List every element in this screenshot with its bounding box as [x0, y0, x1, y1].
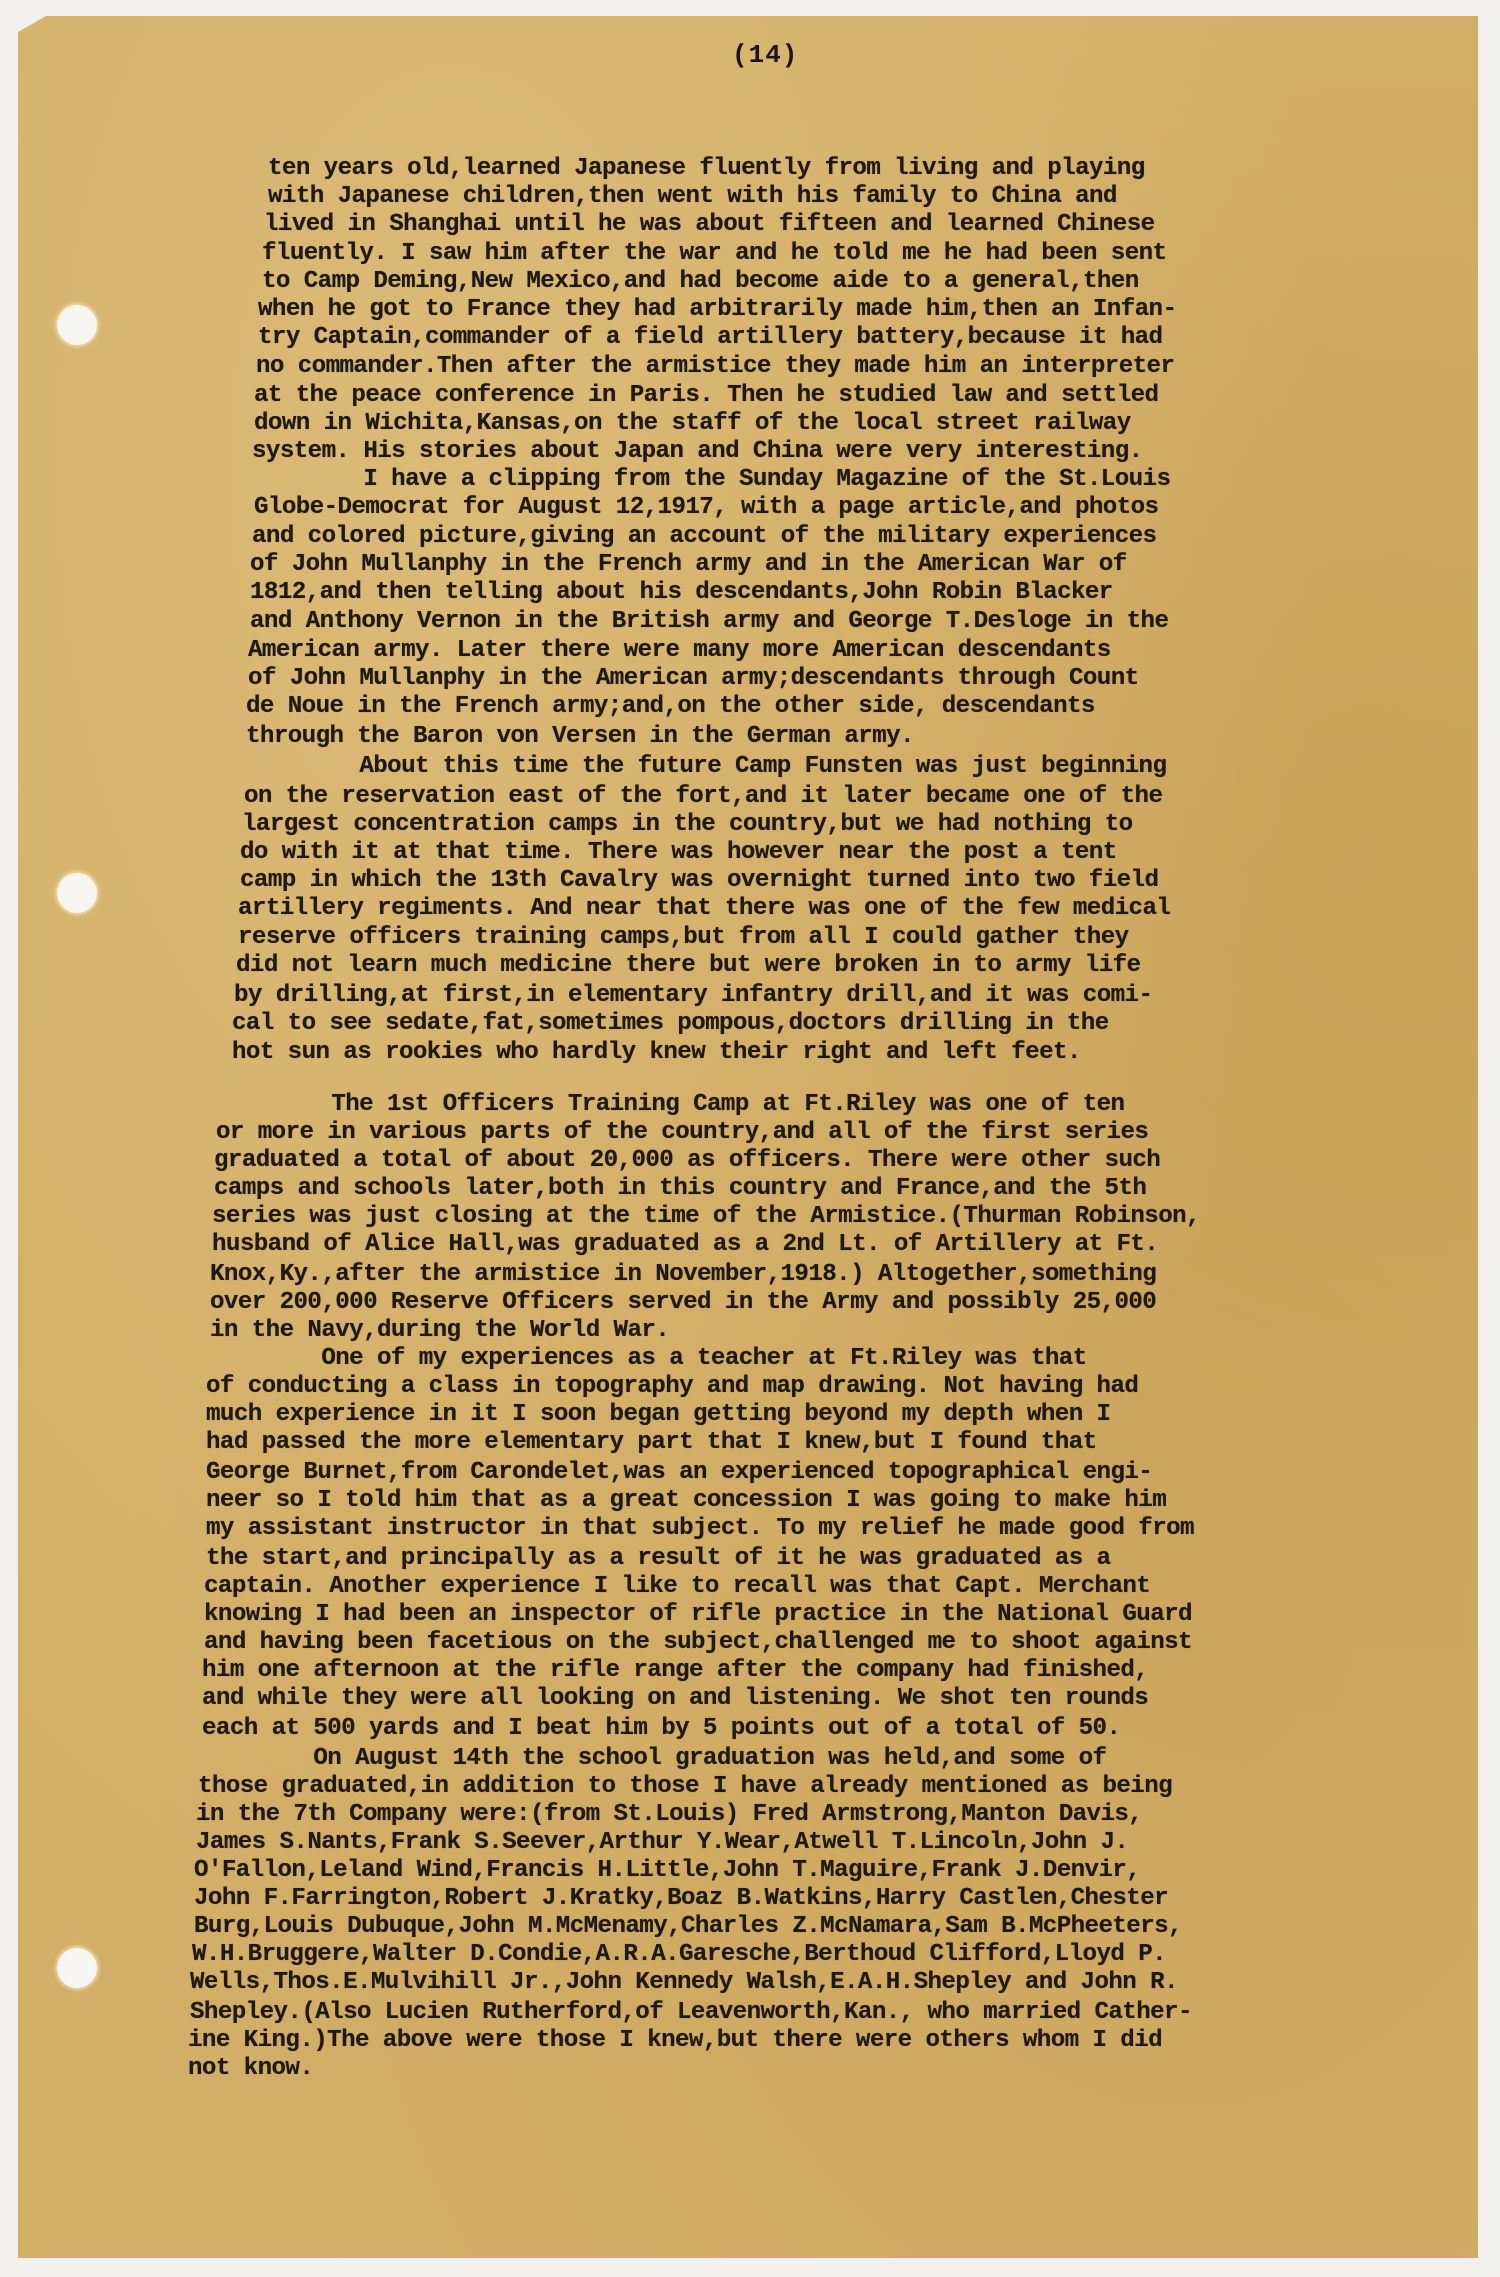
- text-line: Burg,Louis Dubuque,John M.McMenamy,Charl…: [194, 1912, 1182, 1941]
- text-line: or more in various parts of the country,…: [216, 1118, 1148, 1147]
- text-line: had passed the more elementary part that…: [206, 1428, 1097, 1457]
- text-line: About this time the future Camp Funsten …: [248, 752, 1166, 781]
- text-line: of John Mullanphy in the French army and…: [250, 550, 1127, 579]
- typewritten-page: (14) ten years old,learned Japanese flue…: [18, 16, 1478, 2258]
- text-line: John F.Farrington,Robert J.Kratky,Boaz B…: [194, 1884, 1168, 1913]
- text-line: fluently. I saw him after the war and he…: [262, 239, 1166, 268]
- text-line: cal to see sedate,fat,sometimes pompous,…: [232, 1009, 1109, 1038]
- text-line: did not learn much medicine there but we…: [236, 951, 1140, 980]
- text-line: American army. Later there were many mor…: [248, 636, 1111, 665]
- text-line: camps and schools later,both in this cou…: [214, 1174, 1146, 1203]
- text-line: down in Wichita,Kansas,on the staff of t…: [254, 409, 1131, 438]
- text-line: The 1st Officers Training Camp at Ft.Ril…: [220, 1090, 1124, 1119]
- text-line: and having been facetious on the subject…: [204, 1628, 1192, 1657]
- text-line: those graduated,in addition to those I h…: [198, 1772, 1172, 1801]
- text-line: camp in which the 13th Cavalry was overn…: [240, 866, 1158, 895]
- text-line: George Burnet,from Carondelet,was an exp…: [206, 1458, 1152, 1487]
- text-line: hot sun as rookies who hardly knew their…: [232, 1038, 1081, 1067]
- text-line: ten years old,learned Japanese fluently …: [268, 154, 1145, 183]
- text-line: On August 14th the school graduation was…: [202, 1744, 1106, 1773]
- text-line: and Anthony Vernon in the British army a…: [250, 607, 1168, 636]
- text-line: Knox,Ky.,after the armistice in November…: [210, 1260, 1156, 1289]
- text-line: artillery regiments. And near that there…: [238, 894, 1170, 923]
- text-line: by drilling,at first,in elementary infan…: [234, 981, 1152, 1010]
- text-line: each at 500 yards and I beat him by 5 po…: [202, 1714, 1120, 1743]
- text-line: over 200,000 Reserve Officers served in …: [210, 1288, 1156, 1317]
- text-line: the start,and principally as a result of…: [206, 1544, 1110, 1573]
- text-line: One of my experiences as a teacher at Ft…: [210, 1344, 1087, 1373]
- text-line: try Captain,commander of a field artille…: [258, 323, 1162, 352]
- text-line: W.H.Bruggere,Walter D.Condie,A.R.A.Gares…: [192, 1940, 1166, 1969]
- text-line: neer so I told him that as a great conce…: [206, 1486, 1166, 1515]
- text-line: of John Mullanphy in the American army;d…: [248, 664, 1139, 693]
- text-line: and while they were all looking on and l…: [202, 1684, 1148, 1713]
- text-line: series was just closing at the time of t…: [212, 1202, 1200, 1231]
- text-line: through the Baron von Versen in the Germ…: [246, 722, 914, 751]
- text-line: Shepley.(Also Lucien Rutherford,of Leave…: [190, 1998, 1192, 2027]
- text-line: no commander.Then after the armistice th…: [256, 352, 1174, 381]
- text-line: system. His stories about Japan and Chin…: [252, 437, 1143, 466]
- text-line: him one afternoon at the rifle range aft…: [202, 1656, 1148, 1685]
- text-line: of conducting a class in topography and …: [206, 1372, 1138, 1401]
- text-line: graduated a total of about 20,000 as off…: [214, 1146, 1160, 1175]
- text-line: to Camp Deming,New Mexico,and had become…: [262, 267, 1139, 296]
- text-line: much experience in it I soon began getti…: [206, 1400, 1110, 1429]
- text-line: reserve officers training camps,but from…: [238, 923, 1129, 952]
- page-number: (14): [732, 40, 798, 70]
- text-line: O'Fallon,Leland Wind,Francis H.Little,Jo…: [194, 1856, 1140, 1885]
- text-line: ine King.)The above were those I knew,bu…: [188, 2026, 1162, 2055]
- text-line: not know.: [188, 2054, 313, 2083]
- text-line: 1812,and then telling about his descenda…: [250, 578, 1113, 607]
- text-line: largest concentration camps in the count…: [242, 810, 1133, 839]
- text-line: with Japanese children,then went with hi…: [268, 182, 1117, 211]
- punch-hole-top: [57, 305, 97, 345]
- text-line: knowing I had been an inspector of rifle…: [204, 1600, 1192, 1629]
- text-line: lived in Shanghai until he was about fif…: [264, 210, 1155, 239]
- text-line: Globe-Democrat for August 12,1917, with …: [254, 493, 1158, 522]
- text-line: de Noue in the French army;and,on the ot…: [246, 692, 1095, 721]
- text-line: captain. Another experience I like to re…: [204, 1572, 1150, 1601]
- text-line: and colored picture,giving an account of…: [252, 522, 1156, 551]
- text-line: do with it at that time. There was howev…: [240, 838, 1117, 867]
- text-line: husband of Alice Hall,was graduated as a…: [212, 1230, 1158, 1259]
- text-line: in the Navy,during the World War.: [210, 1316, 669, 1345]
- text-line: my assistant instructor in that subject.…: [206, 1514, 1194, 1543]
- text-line: in the 7th Company were:(from St.Louis) …: [196, 1800, 1142, 1829]
- text-line: on the reservation east of the fort,and …: [244, 782, 1162, 811]
- text-line: when he got to France they had arbitrari…: [258, 295, 1176, 324]
- punch-hole-bottom: [57, 1948, 97, 1988]
- punch-hole-middle: [57, 873, 97, 913]
- text-line: I have a clipping from the Sunday Magazi…: [252, 465, 1170, 494]
- text-line: James S.Nants,Frank S.Seever,Arthur Y.We…: [196, 1828, 1128, 1857]
- text-line: Wells,Thos.E.Mulvihill Jr.,John Kennedy …: [190, 1968, 1178, 1997]
- text-line: at the peace conference in Paris. Then h…: [254, 381, 1158, 410]
